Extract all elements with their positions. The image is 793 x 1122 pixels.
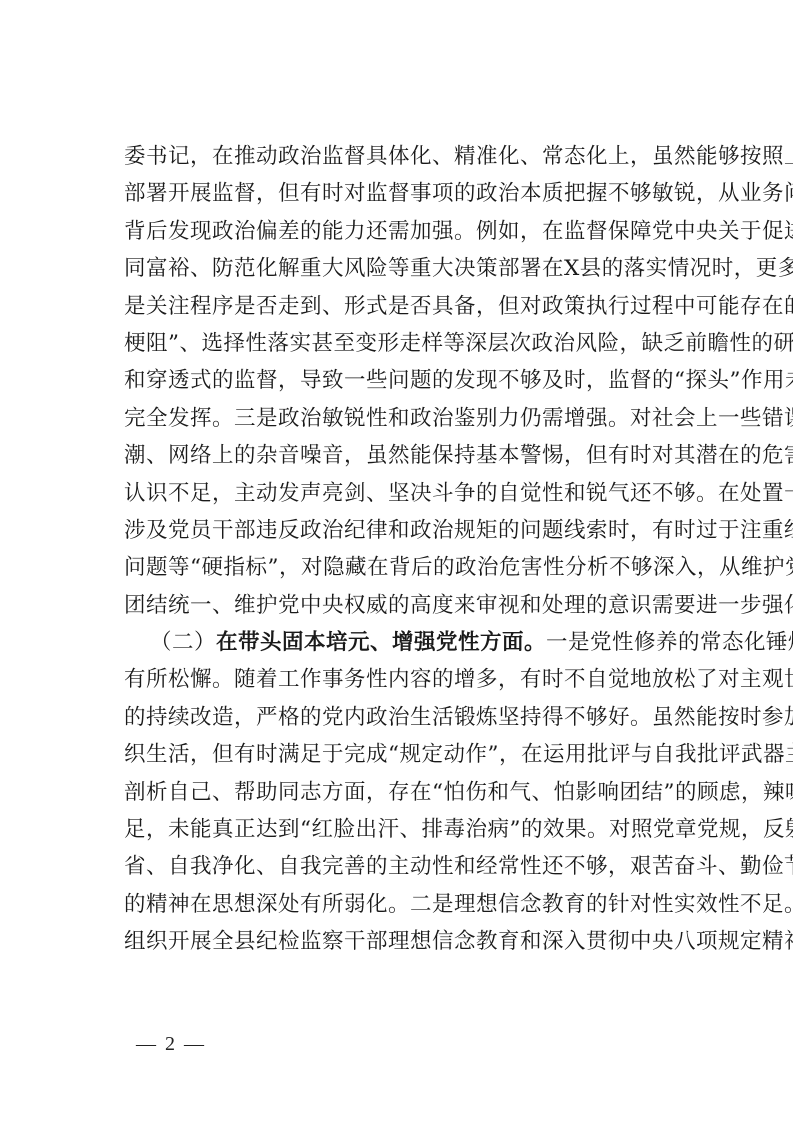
text-line: 组织开展全县纪检监察干部理想信念教育和深入贯彻中央八项规定精神 (124, 923, 698, 960)
text-line: 剖析自己、帮助同志方面，存在“怕伤和气、怕影响团结”的顾虑，辣味不 (124, 774, 698, 811)
text-line: 的精神在思想深处有所弱化。二是理想信念教育的针对性实效性不足。在 (124, 886, 698, 923)
text-line: 潮、网络上的杂音噪音，虽然能保持基本警惕，但有时对其潜在的危害性 (124, 437, 698, 474)
text-line: 织生活，但有时满足于完成“规定动作”，在运用批评与自我批评武器主动 (124, 736, 698, 773)
text-line: 认识不足，主动发声亮剑、坚决斗争的自觉性和锐气还不够。在处置一些 (124, 475, 698, 512)
section-heading-rest: 一是党性修养的常态化锤炼 (546, 630, 793, 655)
text-line: 有所松懈。随着工作事务性内容的增多，有时不自觉地放松了对主观世界 (124, 661, 698, 698)
section-number: （二） (150, 630, 216, 655)
page-number: — 2 — (136, 1033, 206, 1056)
text-line: 部署开展监督，但有时对监督事项的政治本质把握不够敏锐，从业务问题 (124, 175, 698, 212)
text-line: 的持续改造，严格的党内政治生活锻炼坚持得不够好。虽然能按时参加组 (124, 699, 698, 736)
text-line: 涉及党员干部违反政治纪律和政治规矩的问题线索时，有时过于注重经济 (124, 512, 698, 549)
body-text: 委书记，在推动政治监督具体化、精准化、常态化上，虽然能够按照上级 部署开展监督，… (124, 138, 698, 961)
text-line: 是关注程序是否走到、形式是否具备，但对政策执行过程中可能存在的“中 (124, 288, 698, 325)
section-heading-line: （二）在带头固本培元、增强党性方面。一是党性修养的常态化锤炼 (124, 624, 698, 661)
text-line: 委书记，在推动政治监督具体化、精准化、常态化上，虽然能够按照上级 (124, 138, 698, 175)
text-line: 梗阻”、选择性落实甚至变形走样等深层次政治风险，缺乏前瞻性的研判 (124, 325, 698, 362)
text-line: 和穿透式的监督，导致一些问题的发现不够及时，监督的“探头”作用未能 (124, 362, 698, 399)
text-line: 团结统一、维护党中央权威的高度来审视和处理的意识需要进一步强化。 (124, 587, 698, 624)
text-line: 省、自我净化、自我完善的主动性和经常性还不够，艰苦奋斗、勤俭节约 (124, 848, 698, 885)
text-line: 背后发现政治偏差的能力还需加强。例如，在监督保障党中央关于促进共 (124, 213, 698, 250)
document-page: 委书记，在推动政治监督具体化、精准化、常态化上，虽然能够按照上级 部署开展监督，… (0, 0, 793, 1122)
text-line: 同富裕、防范化解重大风险等重大决策部署在X县的落实情况时，更多 (124, 250, 698, 287)
text-line: 足，未能真正达到“红脸出汗、排毒治病”的效果。对照党章党规，反躬自 (124, 811, 698, 848)
section-title: 在带头固本培元、增强党性方面。 (216, 630, 546, 655)
text-line: 问题等“硬指标”，对隐藏在背后的政治危害性分析不够深入，从维护党的 (124, 549, 698, 586)
text-line: 完全发挥。三是政治敏锐性和政治鉴别力仍需增强。对社会上一些错误思 (124, 400, 698, 437)
